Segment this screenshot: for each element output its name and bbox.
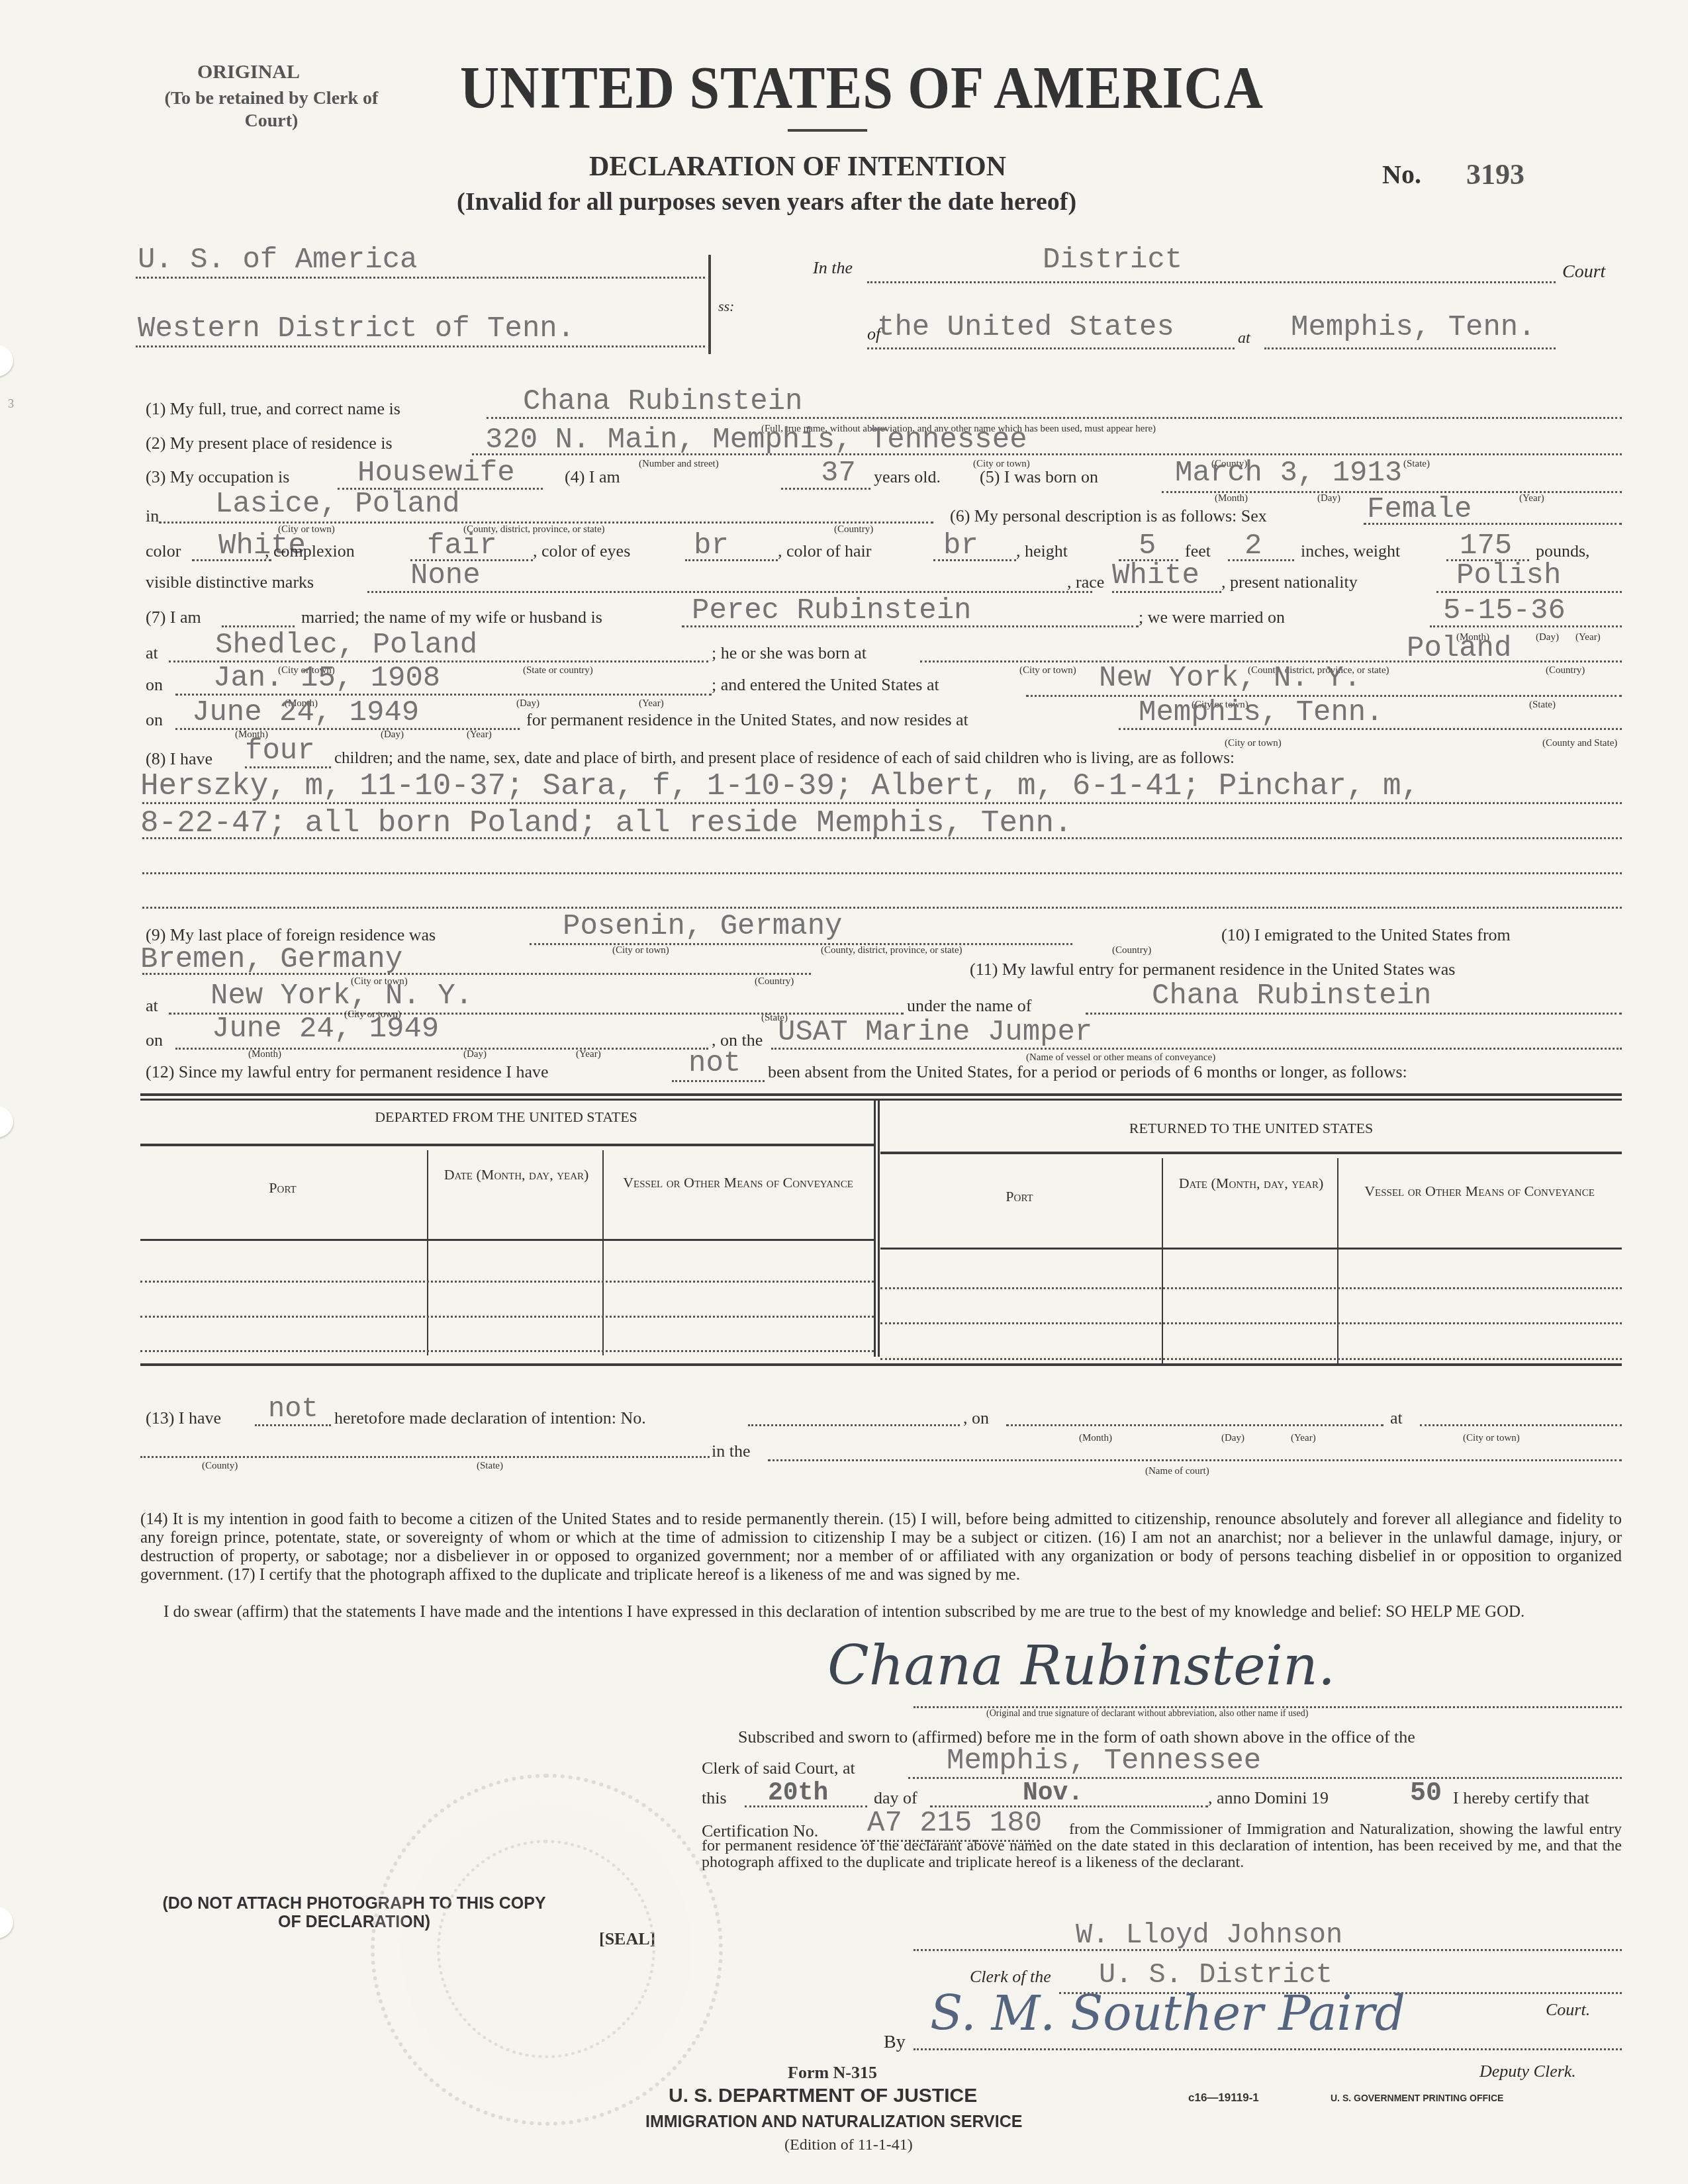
q10-label: (10) I emigrated to the United States fr… (1221, 925, 1511, 945)
hair: br (943, 529, 978, 563)
marriage-caption-day: (Day) (1536, 632, 1559, 643)
height-feet: 5 (1139, 529, 1156, 563)
q13-caption-county: (County) (202, 1461, 238, 1472)
q13-court-line (768, 1459, 1622, 1461)
complexion-label: , complexion (265, 541, 355, 561)
birth-caption-country: (Country) (834, 524, 873, 535)
deputy-signature: S. M. Souther Paird (930, 1985, 1405, 2041)
color-label: color (146, 541, 181, 561)
q5-label: (5) I was born on (980, 467, 1098, 487)
sex-line (1364, 523, 1622, 525)
race-label: , race (1067, 572, 1104, 592)
q2-caption-street: (Number and street) (639, 459, 719, 470)
q5-caption-day: (Day) (1317, 493, 1340, 504)
hair-label: , color of hair (778, 541, 872, 561)
jurat-year-suffix: 50 (1410, 1779, 1442, 1809)
spouse-name: Perec Rubinstein (692, 594, 971, 627)
entered-label: ; and entered the United States at (712, 675, 939, 695)
children-line-1: Herszky, m, 11-10-37; Sara, f, 1-10-39; … (140, 769, 1419, 803)
deputy-line (914, 2048, 1622, 2050)
absent-value: not (688, 1047, 741, 1080)
court-of: the United States (877, 311, 1174, 344)
in-the-label: In the (813, 258, 853, 278)
marks-line (367, 591, 1092, 593)
q13-in-the: in the (712, 1441, 751, 1461)
marriage-caption-year: (Year) (1575, 632, 1601, 643)
dep-col-vessel: Vessel or Other Means of Conveyance (609, 1175, 867, 1191)
spouse-entry-date: June 24, 1949 (192, 696, 419, 729)
cert-text: from the Commissioner of Immigration and… (702, 1821, 1622, 1871)
q4-suffix: years old. (874, 467, 941, 487)
by-label: By (884, 2032, 906, 2053)
jurat-month: Nov. (1023, 1779, 1083, 1807)
spouse-line (682, 625, 1139, 627)
q13-on-label: , on (963, 1408, 989, 1428)
age: 37 (821, 457, 856, 490)
foreign-caption-city: (City or town) (612, 945, 669, 956)
spouse-birth-date: Jan. 15, 1908 (213, 662, 440, 695)
nationality: Polish (1456, 559, 1561, 592)
at-label: at (1238, 330, 1250, 347)
ret-col-vessel: Vessel or Other Means of Conveyance (1344, 1183, 1615, 1199)
q13-city-line (1420, 1424, 1622, 1426)
country-title: UNITED STATES OF AMERICA (460, 53, 1264, 122)
entry-date-caption-year: (Year) (576, 1049, 601, 1060)
declarant-signature: Chana Rubinstein. (827, 1635, 1335, 1698)
hair-line (933, 559, 1016, 561)
ret-col-port: Port (880, 1188, 1158, 1205)
nationality-line (1436, 591, 1622, 593)
declaration-number: 3193 (1466, 158, 1524, 191)
feet-label: feet (1185, 541, 1211, 561)
marriage-date-line (1430, 625, 1622, 627)
q13-number-line (748, 1424, 960, 1426)
retained-note: (To be retained by Clerk of Court) (149, 87, 394, 132)
in-label: in (146, 506, 159, 526)
spouse-entry-place: New York, N. Y. (1099, 662, 1361, 695)
q13-date-line (1006, 1424, 1383, 1426)
printer: U. S. GOVERNMENT PRINTING OFFICE (1331, 2093, 1503, 2103)
children-line-2: 8-22-47; all born Poland; all reside Mem… (140, 806, 1072, 841)
court-location-line (1264, 347, 1556, 349)
entry-on-label: on (146, 1030, 163, 1050)
spouse-birth-date-line (175, 694, 712, 696)
q13-county-line (140, 1456, 710, 1458)
q2-line (472, 453, 1622, 455)
children-line-4-rule (142, 907, 1622, 909)
court-of-line (867, 347, 1235, 349)
entry-name: Chana Rubinstein (1152, 979, 1431, 1013)
marks: None (410, 559, 481, 592)
emigrated-caption-country: (Country) (755, 976, 794, 987)
children-line-1-rule (142, 802, 1622, 804)
foreign-caption-country: (Country) (1112, 945, 1151, 956)
q13-caption-month: (Month) (1079, 1433, 1112, 1444)
spouse-birth-date-caption-day: (Day) (516, 698, 539, 709)
race-line (1112, 591, 1221, 593)
children-line-2-rule (142, 837, 1622, 839)
venue-line (136, 345, 705, 347)
inches-label: inches, weight (1301, 541, 1400, 561)
declarant-signature-line (914, 1706, 1622, 1708)
deputy-label: Deputy Clerk. (1479, 2062, 1576, 2081)
validity-note: (Invalid for all purposes seven years af… (457, 187, 1076, 216)
q3-label: (3) My occupation is (146, 467, 289, 487)
court-label: Court (1562, 261, 1605, 283)
eyes-line (685, 559, 778, 561)
marks-label: visible distinctive marks (146, 572, 314, 592)
q5-caption-month: (Month) (1215, 493, 1248, 504)
nationality-label: , present nationality (1221, 572, 1358, 592)
day-line (745, 1805, 867, 1807)
spouse-residence-caption-city: (City or town) (1225, 738, 1282, 749)
q12-text: been absent from the United States, for … (768, 1062, 1407, 1082)
entry-name-line (1086, 1013, 1622, 1015)
original-label: ORIGINAL (197, 61, 300, 83)
entry-at-label: at (146, 996, 158, 1016)
clerk-name: W. Lloyd Johnson (1076, 1919, 1342, 1951)
complexion: fair (427, 529, 497, 563)
embossed-seal-inner (437, 1840, 655, 2058)
q8-label: (8) I have (146, 749, 212, 769)
q13-caption-court: (Name of court) (1145, 1466, 1209, 1477)
q12-label: (12) Since my lawful entry for permanent… (146, 1062, 549, 1082)
spouse-entry-caption-state: (State) (1529, 700, 1556, 711)
absent-line (672, 1080, 765, 1082)
anno-label: , anno Domini 19 (1208, 1788, 1329, 1808)
court-location: Memphis, Tenn. (1291, 311, 1536, 344)
q7-label: (7) I am (146, 608, 201, 627)
venue-bracket (708, 255, 711, 354)
returned-header: RETURNED TO THE UNITED STATES (880, 1120, 1622, 1137)
print-code: c16—19119-1 (1188, 2091, 1259, 2105)
dep-col-date: Date (Month, day, year) (440, 1166, 592, 1183)
entry-place: New York, N. Y. (211, 979, 473, 1013)
q13-caption-state: (State) (477, 1461, 503, 1472)
number-label: No. (1382, 159, 1421, 190)
birth-date: March 3, 1913 (1175, 457, 1402, 490)
spouse-residence-caption-county: (County and State) (1542, 738, 1617, 749)
q13-text: heretofore made declaration of intention… (334, 1408, 646, 1428)
occupation: Housewife (357, 457, 515, 490)
signature-caption: (Original and true signature of declaran… (986, 1709, 1308, 1719)
q1-label: (1) My full, true, and correct name is (146, 399, 400, 419)
spouse-birth-caption-city: (City or town) (1019, 665, 1076, 676)
clerk-name-line (914, 1949, 1622, 1951)
birthplace-line (159, 522, 933, 523)
jurat-day: 20th (768, 1779, 828, 1807)
departed-header: DEPARTED FROM THE UNITED STATES (140, 1109, 872, 1126)
q6-label: (6) My personal description is as follow… (950, 506, 1267, 526)
foreign-residence: Posenin, Germany (563, 910, 842, 943)
vessel-line (771, 1048, 1622, 1050)
binder-hole (0, 1105, 13, 1138)
form-title: DECLARATION OF INTENTION (589, 151, 1006, 183)
marriage-place: Shedlec, Poland (215, 629, 477, 662)
this-label: this (702, 1788, 727, 1808)
binder-hole (0, 344, 13, 377)
sex: Female (1367, 493, 1472, 526)
race: White (1112, 559, 1199, 592)
q13-value: not (268, 1393, 318, 1425)
eyes-label: , color of eyes (533, 541, 630, 561)
edition: (Edition of 11-1-41) (784, 2136, 913, 2154)
residence: 320 N. Main, Memphis, Tennessee (485, 424, 1027, 457)
venue-state: U. S. of America (138, 244, 417, 277)
court-type: District (1043, 244, 1182, 277)
spouse-entry-date-caption-day: (Day) (381, 729, 404, 741)
court-line (867, 281, 1556, 283)
clerk-location: Memphis, Tennessee (947, 1745, 1261, 1778)
spouse-entry-date-caption-year: (Year) (467, 729, 492, 741)
on-label-7b: on (146, 710, 163, 730)
q13-label: (13) I have (146, 1408, 221, 1428)
height-inches: 2 (1244, 529, 1262, 563)
swear-text: I do swear (affirm) that the statements … (140, 1603, 1622, 1621)
q4-label: (4) I am (565, 467, 620, 487)
entry-date: June 24, 1949 (212, 1013, 439, 1046)
pounds-label: pounds, (1536, 541, 1590, 561)
certify-label: I hereby certify that (1453, 1788, 1589, 1808)
foreign-caption-county: (County, district, province, or state) (821, 945, 962, 956)
spouse-residence: Memphis, Tenn. (1139, 696, 1383, 729)
inches-line (1228, 559, 1294, 561)
day-of-label: day of (874, 1788, 917, 1808)
q2-caption-state: (State) (1403, 459, 1430, 470)
q13-caption-day: (Day) (1221, 1433, 1244, 1444)
spouse-birth-caption-country: (Country) (1546, 665, 1585, 676)
q11-label: (11) My lawful entry for permanent resid… (970, 960, 1455, 979)
clerk-location-line (908, 1777, 1622, 1779)
clerk-at-label: Clerk of said Court, at (702, 1758, 855, 1778)
court-label-jurat: Court. (1546, 2000, 1590, 2020)
q4-line (781, 488, 870, 490)
department: U. S. DEPARTMENT OF JUSTICE (669, 2085, 977, 2107)
marriage-place-caption-country: (State or country) (523, 665, 593, 676)
dep-col-port: Port (140, 1179, 425, 1197)
height-label: , height (1016, 541, 1068, 561)
spouse-residence-line (1119, 728, 1622, 730)
under-name-label: under the name of (907, 996, 1031, 1016)
entry-date-caption-day: (Day) (463, 1049, 487, 1060)
spouse-born-label: ; he or she was born at (712, 643, 867, 663)
q7-married: married; the name of my wife or husband … (301, 608, 602, 627)
birth-place: Lasice, Poland (215, 488, 460, 521)
emigrated-from: Bremen, Germany (140, 943, 402, 976)
service: IMMIGRATION AND NATURALIZATION SERVICE (645, 2113, 1022, 2132)
married-line (222, 625, 295, 627)
q13-at-label: at (1390, 1408, 1403, 1428)
children-line-3-rule (142, 872, 1622, 874)
entry-date-caption-month: (Month) (248, 1049, 281, 1060)
q8-text: children; and the name, sex, date and pl… (334, 749, 1235, 768)
color-line (192, 559, 271, 561)
clerk-of-label: Clerk of the (970, 1967, 1051, 1987)
children-count-line (245, 766, 331, 768)
q13-caption-city: (City or town) (1463, 1433, 1520, 1444)
q9-label: (9) My last place of foreign residence w… (146, 925, 436, 945)
on-label-7: on (146, 675, 163, 695)
marriage-date: 5-15-36 (1443, 594, 1566, 627)
emigrated-line (142, 973, 811, 975)
ss-label: ss: (718, 298, 734, 315)
ret-col-date: Date (Month, day, year) (1175, 1175, 1327, 1192)
q13-value-line (255, 1424, 331, 1426)
spouse-birth-date-caption-year: (Year) (639, 698, 664, 709)
q5-caption-year: (Year) (1519, 493, 1544, 504)
full-name: Chana Rubinstein (523, 385, 802, 418)
married-on-label: ; we were married on (1139, 608, 1285, 627)
q1-line (487, 417, 1622, 419)
eyes: br (694, 529, 729, 563)
vessel: USAT Marine Jumper (778, 1016, 1092, 1049)
binder-hole (0, 1906, 13, 1939)
at-label-7: at (146, 643, 158, 663)
venue-district: Western District of Tenn. (138, 312, 575, 345)
weight: 175 (1460, 529, 1512, 563)
q13-caption-year: (Year) (1291, 1433, 1316, 1444)
q2-label: (2) My present place of residence is (146, 433, 393, 453)
resides-label: for permanent residence in the United St… (526, 710, 968, 730)
foreign-residence-line (530, 943, 1072, 945)
oath-text: (14) It is my intention in good faith to… (140, 1510, 1622, 1584)
venue-line (136, 277, 705, 279)
children-count: four (245, 735, 315, 768)
margin-mark: 3 (8, 397, 14, 411)
form-number: Form N-315 (788, 2063, 877, 2083)
spouse-birthplace: Poland (1407, 632, 1511, 665)
title-rule (788, 129, 867, 132)
